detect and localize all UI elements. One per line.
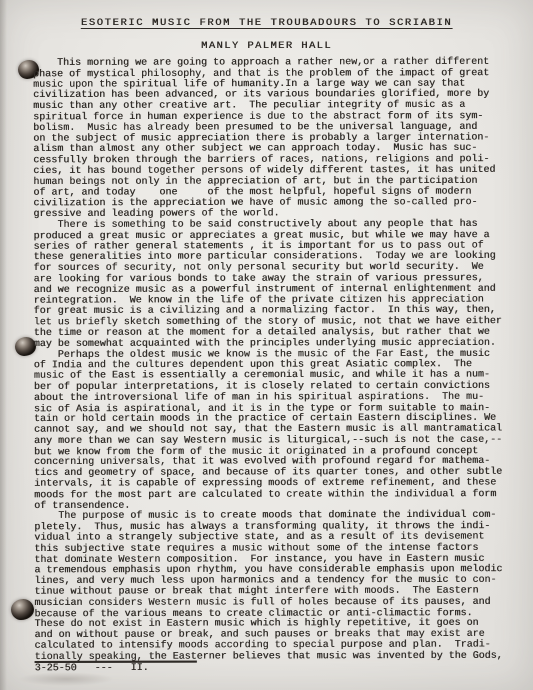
text-line: a tremendous emphasis upon rhythm, you h… <box>34 565 522 577</box>
text-line: reintegration. We know in the life of th… <box>34 295 522 307</box>
text-line: on the subject of music appreciation the… <box>33 133 521 145</box>
paragraph-4: The purpose of music is to create moods … <box>34 511 522 653</box>
paragraph-2: There is something to be said constructi… <box>33 220 521 351</box>
text-line: vidual into a strangely subjective state… <box>34 532 522 544</box>
text-line: music upon the spiritual life of humanit… <box>33 79 521 91</box>
text-line: because of the various means to create c… <box>34 609 522 621</box>
paragraph-3: Perhaps the oldest music we know is the … <box>34 349 522 512</box>
text-line: tinue without pause or break that might … <box>34 586 522 598</box>
pen-underlined-phrase: tionally speaking, the East <box>35 651 197 662</box>
scanned-document-page: ESOTERIC MUSIC FROM THE TROUBADOURS TO S… <box>0 0 533 690</box>
text-line: let us briefly sketch something of the s… <box>34 317 522 329</box>
ink-blob-bottom <box>11 599 34 620</box>
document-body: This morning we are going to approach a … <box>33 58 523 675</box>
text-line: series of rather general statements , it… <box>33 241 521 253</box>
text-line: calculated to intensify moods according … <box>35 640 523 652</box>
text-line: sic of Asia is aspirational, and it is i… <box>34 404 522 416</box>
line-remainder: erner believes that music was invented b… <box>197 651 503 663</box>
paragraph-1: This morning we are going to approach a … <box>33 58 521 221</box>
text-line: moods for the most part are calculated t… <box>34 490 522 502</box>
text-line: cessfully broken through the barriers of… <box>33 155 521 167</box>
document-title: ESOTERIC MUSIC FROM THE TROUBADOURS TO S… <box>0 17 533 29</box>
text-line: spiritual force in human experience is d… <box>33 112 521 124</box>
text-line: music of the East is essentially a cerem… <box>34 371 522 383</box>
text-line: cannot say, and we should not say, that … <box>34 425 522 437</box>
date-footer: 3-25-50 --- II. <box>35 663 523 675</box>
text-line: but we know from the form of the music i… <box>34 447 522 459</box>
document-author: MANLY PALMER HALL <box>0 40 533 52</box>
text-line: civilization is the appreciation we have… <box>33 198 521 210</box>
text-line: are looking for various bonds to take aw… <box>34 274 522 286</box>
